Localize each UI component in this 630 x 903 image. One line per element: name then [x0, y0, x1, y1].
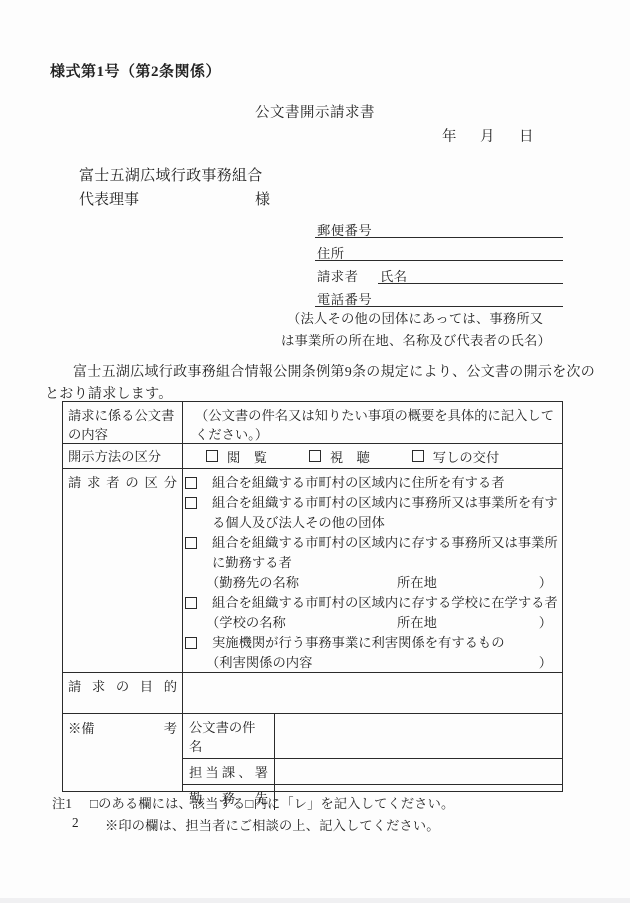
school-name-label: （学校の名称: [206, 615, 286, 630]
addressee-role: 代表理事: [79, 192, 139, 208]
inspection-checkbox[interactable]: [206, 450, 218, 462]
remarks-row-document-title: 公文書の件名: [183, 714, 562, 758]
workplace-location-label: 所在地: [397, 573, 437, 593]
inspection-label: 閲 覧: [227, 447, 267, 466]
stakeholder-checkbox[interactable]: [185, 637, 197, 649]
requester-category-label: 請求者の区分: [63, 469, 183, 672]
postal-code-field[interactable]: 郵便番号: [315, 220, 563, 238]
copy-checkbox[interactable]: [412, 450, 424, 462]
postal-code-label: 郵便番号: [315, 223, 372, 238]
page-title: 公文書開示請求書: [0, 101, 630, 122]
corporate-note-line1: （法人その他の団体にあっては、事務所又: [287, 308, 543, 327]
table-row-remarks: ※備 考 公文書の件名 担当課、署: [63, 713, 562, 791]
resident-text: 組合を組織する市町村の区域内に住所を有する者: [212, 473, 562, 493]
form-number: 様式第1号（第2条関係）: [50, 60, 221, 81]
option-inspection: 閲 覧: [206, 447, 267, 466]
copy-label: 写しの交付: [433, 447, 499, 466]
student-checkbox[interactable]: [185, 597, 197, 609]
phone-number-field[interactable]: 電話番号: [315, 289, 563, 307]
remarks-sub-rows: 公文書の件名 担当課、署 勤務先: [183, 714, 562, 791]
document-content-hint: （公文書の件名又は知りたい事項の概要を具体的に記入してください。）: [183, 402, 562, 443]
department-field[interactable]: [275, 759, 562, 784]
disclosure-method-label: 開示方法の区分: [63, 444, 183, 468]
date-month-label: 月: [480, 125, 495, 146]
stakeholder-close-paren: ）: [539, 653, 552, 673]
document-title-label: 公文書の件名: [183, 714, 275, 758]
date-year-label: 年: [442, 125, 457, 146]
stakeholder-text: 実施機関が行う事務事業に利害関係を有するもの: [212, 633, 562, 653]
remarks-label-right: 考: [164, 719, 177, 791]
category-item-resident: 組合を組織する市町村の区域内に住所を有する者: [185, 473, 562, 493]
workplace-name-label: （勤務先の名称: [206, 575, 299, 590]
address-label: 住所: [315, 246, 345, 261]
stakeholder-detail-label: （利害関係の内容: [206, 655, 312, 670]
viewing-label: 視 聴: [330, 447, 370, 466]
intro-paragraph-line1: 富士五湖広域行政事務組合情報公開条例第9条の規定により、公文書の開示を次の: [73, 361, 595, 381]
option-viewing: 視 聴: [309, 447, 370, 466]
request-purpose-label: 請求の目的: [63, 673, 183, 713]
remarks-row-department: 担当課、署: [183, 758, 562, 784]
category-item-stakeholder: 実施機関が行う事務事業に利害関係を有するもの: [185, 633, 562, 653]
category-item-worker: 組合を組織する市町村の区域内に存する事務所又は事業所に勤務する者: [185, 533, 562, 573]
requester-name-row: 請求者 氏名: [315, 266, 563, 284]
student-text: 組合を組織する市町村の区域内に存する学校に在学する者: [212, 593, 562, 613]
viewing-checkbox[interactable]: [309, 450, 321, 462]
date-day-label: 日: [519, 125, 534, 146]
note1-text: □のある欄には、該当する□内に「レ」を記入してください。: [90, 793, 454, 812]
addressee-honorific: 様: [255, 188, 270, 209]
office-owner-text: 組合を組織する市町村の区域内に事務所又は事業所を有する個人及び法人その他の団体: [212, 493, 562, 533]
requester-label: 請求者: [317, 266, 358, 285]
workplace-detail-line: （勤務先の名称 所在地 ）: [206, 573, 562, 593]
table-row-request-purpose: 請求の目的: [63, 672, 562, 713]
request-form-table: 請求に係る公文書の内容 （公文書の件名又は知りたい事項の概要を具体的に記入してく…: [62, 401, 563, 792]
document-content-label: 請求に係る公文書の内容: [63, 402, 183, 443]
note2-text: ※印の欄は、担当者にご相談の上、記入してください。: [105, 815, 440, 834]
date-line: 年 月 日: [0, 125, 630, 143]
category-item-student: 組合を組織する市町村の区域内に存する学校に在学する者: [185, 593, 562, 613]
school-detail-line: （学校の名称 所在地 ）: [206, 613, 562, 633]
disclosure-method-options: 閲 覧 視 聴 写しの交付: [183, 444, 562, 468]
remarks-label: ※備 考: [63, 714, 183, 791]
worker-text: 組合を組織する市町村の区域内に存する事務所又は事業所に勤務する者: [212, 533, 562, 573]
addressee-role-row: 代表理事 様: [79, 188, 339, 206]
resident-checkbox[interactable]: [185, 477, 197, 489]
note2-prefix: 2: [72, 815, 79, 831]
office-owner-checkbox[interactable]: [185, 497, 197, 509]
category-item-office-owner: 組合を組織する市町村の区域内に事務所又は事業所を有する個人及び法人その他の団体: [185, 493, 562, 533]
corporate-note-line2: は事業所の所在地、名称及び代表者の氏名）: [281, 330, 551, 349]
name-label: 氏名: [378, 269, 408, 284]
school-close-paren: ）: [539, 613, 552, 633]
scan-edge-artifact: [0, 898, 630, 903]
phone-number-label: 電話番号: [315, 292, 372, 307]
worker-checkbox[interactable]: [185, 537, 197, 549]
addressee-organization: 富士五湖広域行政事務組合: [79, 164, 263, 185]
option-copy: 写しの交付: [412, 447, 499, 466]
address-field[interactable]: 住所: [315, 243, 563, 261]
department-label: 担当課、署: [183, 759, 275, 784]
workplace-close-paren: ）: [539, 573, 552, 593]
request-purpose-field[interactable]: [183, 673, 562, 713]
name-field[interactable]: 氏名: [378, 266, 563, 284]
intro-paragraph-line2: とおり請求します。: [45, 383, 173, 403]
table-row-document-content: 請求に係る公文書の内容 （公文書の件名又は知りたい事項の概要を具体的に記入してく…: [63, 402, 562, 443]
document-page: 様式第1号（第2条関係） 公文書開示請求書 年 月 日 富士五湖広域行政事務組合…: [0, 0, 630, 903]
table-row-requester-category: 請求者の区分 組合を組織する市町村の区域内に住所を有する者 組合を組織する市町村…: [63, 468, 562, 672]
remarks-label-left: ※備: [68, 719, 95, 791]
document-title-field[interactable]: [275, 714, 562, 758]
school-location-label: 所在地: [397, 613, 437, 633]
table-row-disclosure-method: 開示方法の区分 閲 覧 視 聴 写しの交付: [63, 443, 562, 468]
stakeholder-detail-line: （利害関係の内容 ）: [206, 653, 562, 673]
requester-category-list: 組合を組織する市町村の区域内に住所を有する者 組合を組織する市町村の区域内に事務…: [183, 469, 562, 673]
note1-prefix: 注1: [52, 793, 72, 812]
